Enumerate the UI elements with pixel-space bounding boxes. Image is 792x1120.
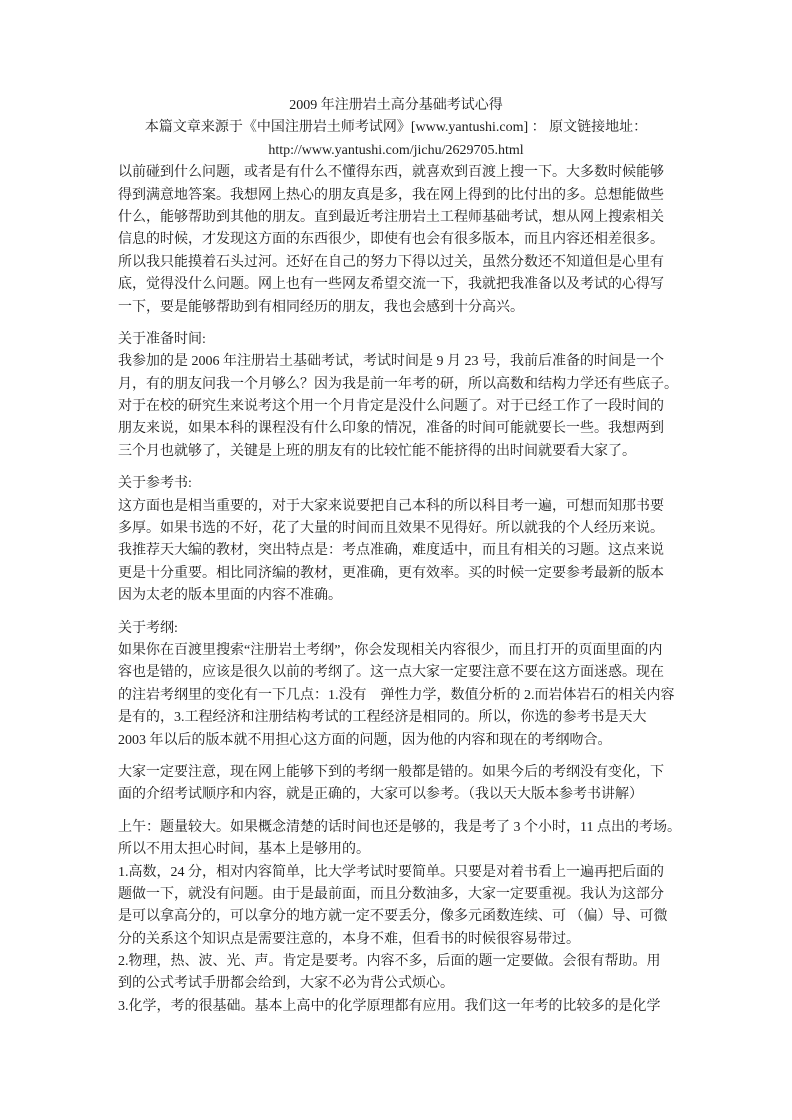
text-line: 关于参考书: xyxy=(118,473,674,495)
text-line: 2003 年以后的版本就不用担心这方面的问题，因为他的内容和现在的考纲吻合。 xyxy=(118,730,674,752)
text-line: 是可以拿高分的，可以拿分的地方就一定不要丢分，像多元函数连续、可 （偏）导、可微 xyxy=(118,906,674,928)
paragraph-intro: 以前碰到什么问题，或者是有什么不懂得东西，就喜欢到百渡上搜一下。大多数时候能够得… xyxy=(118,162,674,319)
text-line: 这方面也是相当重要的，对于大家来说要把自己本科的所以科目考一遍，可想而知那书要 xyxy=(118,496,674,518)
text-line: 更是十分重要。相比同济编的教材，更准确，更有效率。买的时候一定要参考最新的版本 xyxy=(118,563,674,585)
text-line: 得到满意地答案。我想网上热心的朋友真是多，我在网上得到的比付出的多。总想能做些 xyxy=(118,185,674,207)
text-line: 面的介绍考试顺序和内容，就是正确的，大家可以参考。（我以天大版本参考书讲解） xyxy=(118,784,674,806)
source-attribution: 本篇文章来源于《中国注册岩土师考试网》[www.yantushi.com] ： … xyxy=(118,117,674,139)
source-url: http://www.yantushi.com/jichu/2629705.ht… xyxy=(118,140,674,162)
text-line: 我参加的是 2006 年注册岩土基础考试，考试时间是 9 月 23 号，我前后准… xyxy=(118,351,674,373)
paragraph-morning-session: 上午：题量较大。如果概念清楚的话时间也还是够的，我是考了 3 个小时，11 点出… xyxy=(118,817,674,1019)
text-line: 以前碰到什么问题，或者是有什么不懂得东西，就喜欢到百渡上搜一下。大多数时候能够 xyxy=(118,162,674,184)
text-line: 3.化学，考的很基础。基本上高中的化学原理都有应用。我们这一年考的比较多的是化学 xyxy=(118,996,674,1018)
text-line: 容也是错的，应该是很久以前的考纲了。这一点大家一定要注意不要在这方面迷惑。现在 xyxy=(118,662,674,684)
text-line: 我推荐天大编的教材，突出特点是：考点准确，难度适中，而且有相关的习题。这点来说 xyxy=(118,540,674,562)
text-line: 上午：题量较大。如果概念清楚的话时间也还是够的，我是考了 3 个小时，11 点出… xyxy=(118,817,674,839)
text-line: 所以我只能摸着石头过河。还好在自己的努力下得以过关，虽然分数还不知道但是心里有 xyxy=(118,252,674,274)
paragraph-reference-books: 关于参考书:这方面也是相当重要的，对于大家来说要把自己本科的所以科目考一遍，可想… xyxy=(118,473,674,607)
text-line: 大家一定要注意，现在网上能够下到的考纲一般都是错的。如果今后的考纲没有变化，下 xyxy=(118,762,674,784)
document-page: 2009 年注册岩土高分基础考试心得 本篇文章来源于《中国注册岩土师考试网》[w… xyxy=(0,0,792,1120)
text-line: 关于考纲: xyxy=(118,618,674,640)
text-line: 三个月也就够了，关键是上班的朋友有的比较忙能不能挤得的出时间就要看大家了。 xyxy=(118,441,674,463)
text-line: 朋友来说，如果本科的课程没有什么印象的情况，准备的时间可能就要长一些。我想两到 xyxy=(118,418,674,440)
text-line: 一下，要是能够帮助到有相同经历的朋友，我也会感到十分高兴。 xyxy=(118,297,674,319)
text-line: 1.高数，24 分，相对内容简单，比大学考试时要简单。只要是对着书看上一遍再把后… xyxy=(118,862,674,884)
text-line: 所以不用太担心时间，基本上是够用的。 xyxy=(118,839,674,861)
text-line: 如果你在百渡里搜索“注册岩土考纲”，你会发现相关内容很少，而且打开的页面里面的内 xyxy=(118,640,674,662)
text-line: 什么，能够帮助到其他的朋友。直到最近考注册岩土工程师基础考试，想从网上搜索相关 xyxy=(118,207,674,229)
text-line: 对于在校的研究生来说考这个用一个月肯定是没什么问题了。对于已经工作了一段时间的 xyxy=(118,396,674,418)
document-header: 2009 年注册岩土高分基础考试心得 本篇文章来源于《中国注册岩土师考试网》[w… xyxy=(118,95,674,162)
text-line: 是有的，3.工程经济和注册结构考试的工程经济是相同的。所以，你选的参考书是天大 xyxy=(118,707,674,729)
text-line: 到的公式考试手册都会给到，大家不必为背公式烦心。 xyxy=(118,973,674,995)
text-line: 因为太老的版本里面的内容不准确。 xyxy=(118,585,674,607)
paragraph-preparation-time: 关于准备时间:我参加的是 2006 年注册岩土基础考试，考试时间是 9 月 23… xyxy=(118,329,674,463)
text-line: 题做一下，就没有问题。由于是最前面，而且分数油多，大家一定要重视。我认为这部分 xyxy=(118,884,674,906)
text-line: 分的关系这个知识点是需要注意的，本身不难，但看书的时候很容易带过。 xyxy=(118,929,674,951)
page-title: 2009 年注册岩土高分基础考试心得 xyxy=(118,95,674,117)
text-line: 2.物理，热、波、光、声。肯定是要考。内容不多，后面的题一定要做。会很有帮助。用 xyxy=(118,951,674,973)
text-line: 的注岩考纲里的变化有一下几点：1.没有 弹性力学，数值分析的 2.而岩体岩石的相… xyxy=(118,685,674,707)
paragraph-exam-syllabus: 关于考纲:如果你在百渡里搜索“注册岩土考纲”，你会发现相关内容很少，而且打开的页… xyxy=(118,618,674,752)
paragraph-syllabus-warning: 大家一定要注意，现在网上能够下到的考纲一般都是错的。如果今后的考纲没有变化，下面… xyxy=(118,762,674,807)
text-line: 信息的时候，才发现这方面的东西很少，即使有也会有很多版本，而且内容还相差很多。 xyxy=(118,229,674,251)
text-line: 月，有的朋友问我一个月够么？因为我是前一年考的研，所以高数和结构力学还有些底子。 xyxy=(118,374,674,396)
text-line: 关于准备时间: xyxy=(118,329,674,351)
text-line: 多厚。如果书选的不好，花了大量的时间而且效果不见得好。所以就我的个人经历来说。 xyxy=(118,518,674,540)
document-body: 以前碰到什么问题，或者是有什么不懂得东西，就喜欢到百渡上搜一下。大多数时候能够得… xyxy=(118,162,674,1018)
text-line: 底，觉得没什么问题。网上也有一些网友希望交流一下，我就把我准备以及考试的心得写 xyxy=(118,274,674,296)
